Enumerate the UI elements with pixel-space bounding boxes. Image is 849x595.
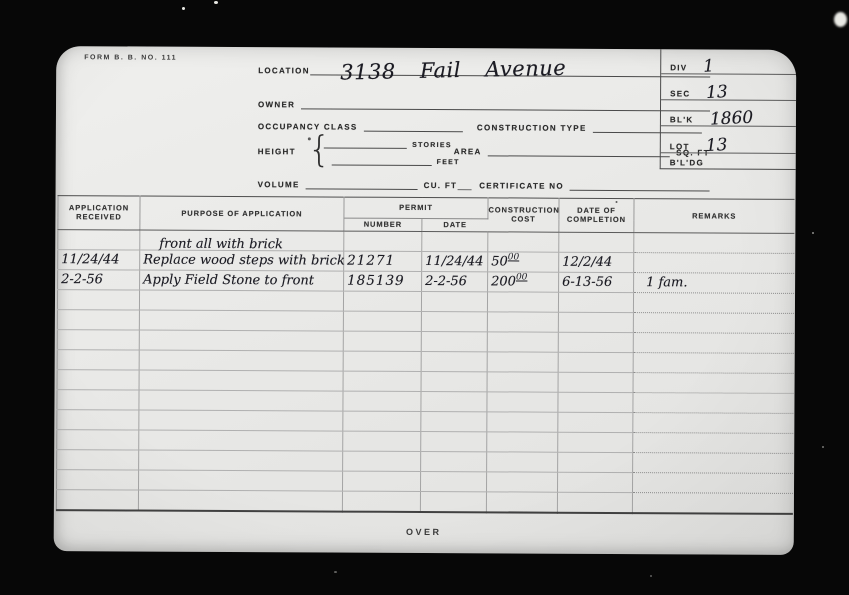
application-date-handwritten: 2-2-56: [61, 272, 103, 287]
permit-date-handwritten: 2-2-56: [425, 274, 467, 289]
table-cell: [139, 370, 343, 391]
div-label: DIV: [670, 63, 687, 72]
table-cell: [139, 330, 343, 351]
table-cell: [558, 312, 633, 332]
area-label: AREA: [454, 147, 482, 156]
remarks-handwritten: 1 fam.: [646, 275, 688, 290]
table-cell: 5000: [488, 252, 559, 272]
cuft-label: CU. FT: [424, 181, 458, 190]
col-application-received: APPLICATION RECEIVED: [58, 196, 140, 230]
parcel-info-box: DIV 1 SEC 13 BL'K 1860 LOT 13 B'L'DG: [660, 49, 797, 170]
table-cell: [557, 492, 632, 513]
col-permit-group: PERMIT: [344, 197, 488, 219]
stories-field: STORIES: [324, 137, 452, 149]
table-cell: [57, 349, 139, 369]
application-date-handwritten: 11/24/44: [61, 252, 119, 267]
table-cell: [634, 252, 794, 273]
col-date-of-completion: DATE OF COMPLETION: [559, 198, 634, 232]
table-cell: [343, 291, 421, 311]
table-cell: [558, 292, 633, 312]
table-cell: [139, 430, 343, 451]
table-cell: [343, 411, 421, 431]
volume-field: VOLUME CU. FT CERTIFICATE NO: [258, 175, 710, 191]
table-cell: [558, 332, 633, 352]
table-cell: [421, 371, 487, 391]
table-cell: [139, 410, 343, 431]
feet-underline: [332, 155, 432, 167]
table-cell: 11/24/44: [422, 251, 488, 271]
table-cell: [343, 331, 421, 351]
table-cell: [421, 331, 487, 351]
table-cell: [139, 310, 343, 331]
table-cell: [559, 232, 634, 252]
completion-date-handwritten: 12/2/44: [562, 255, 612, 270]
table-cell: [421, 451, 487, 471]
table-cell: [558, 412, 633, 432]
cost-cents-handwritten: 00: [516, 273, 528, 283]
table-cell: [57, 289, 139, 309]
location-underline: 3138 Fail Avenue: [310, 61, 710, 77]
permit-number-handwritten: 21271: [347, 253, 395, 269]
permit-date-handwritten: 11/24/44: [425, 254, 483, 269]
purpose-continuation-handwritten: front all with brick: [159, 237, 283, 253]
div-value-handwritten: 1: [703, 56, 715, 76]
col-construction-cost: CONSTRUCTION COST: [488, 198, 559, 232]
table-cell: [421, 391, 487, 411]
div-row: DIV 1: [661, 49, 796, 75]
purpose-handwritten: Replace wood steps with brick: [143, 253, 345, 269]
table-cell: [487, 452, 558, 472]
table-cell: [633, 372, 793, 393]
cost-handwritten: 200: [491, 275, 516, 290]
occupancy-underline: [364, 118, 463, 133]
lot-value-handwritten: 13: [705, 135, 728, 156]
table-cell: [634, 232, 794, 253]
scan-speck: [812, 232, 814, 234]
table-cell: [57, 389, 139, 409]
bldg-row: B'L'DG: [661, 153, 797, 180]
table-cell: [57, 369, 139, 389]
table-cell: [343, 311, 421, 331]
table-cell: 185139: [344, 271, 422, 291]
table-cell: [633, 412, 793, 433]
cost-cents-handwritten: 00: [508, 253, 520, 263]
table-header-row: APPLICATION RECEIVED PURPOSE OF APPLICAT…: [58, 196, 794, 221]
table-cell: [558, 352, 633, 372]
table-cell: [421, 311, 487, 331]
table-cell: [57, 429, 139, 449]
table-cell: Apply Field Stone to front: [140, 270, 344, 291]
table-cell: [139, 290, 343, 311]
table-row: front all with brick: [58, 229, 794, 253]
over-label: OVER: [54, 525, 794, 539]
table-cell: 20000: [488, 272, 559, 292]
sec-value-handwritten: 13: [706, 82, 729, 103]
table-cell: [420, 491, 486, 512]
table-cell: [633, 392, 793, 413]
table-cell: [343, 391, 421, 411]
table-cell: [633, 292, 793, 313]
col-permit-date: DATE: [422, 218, 488, 231]
table-cell: 2-2-56: [58, 269, 140, 289]
volume-underline: [306, 175, 418, 190]
cost-handwritten: 50: [491, 255, 508, 270]
ink-speck: [616, 201, 618, 203]
table-cell: [558, 472, 633, 492]
feet-field: FEET: [332, 155, 460, 167]
area-underline: [488, 142, 671, 157]
owner-underline: [301, 95, 710, 111]
table-cell: 11/24/44: [58, 249, 140, 269]
table-cell: [57, 409, 139, 429]
table-cell: [57, 469, 139, 489]
table-cell: [487, 472, 558, 492]
table-cell: [421, 471, 487, 491]
permit-number-handwritten: 185139: [347, 273, 405, 289]
table-cell: [558, 432, 633, 452]
table-cell: [487, 372, 558, 392]
height-label: HEIGHT: [258, 147, 296, 156]
construction-type-label: CONSTRUCTION TYPE: [477, 123, 587, 133]
table-cell: [632, 492, 792, 513]
table-cell: [633, 452, 793, 473]
table-cell: [633, 352, 793, 373]
table-cell: [486, 492, 557, 513]
feet-label: FEET: [437, 159, 460, 166]
blk-label: BL'K: [670, 115, 694, 124]
owner-field: OWNER: [258, 95, 710, 111]
certificate-label: CERTIFICATE NO: [479, 181, 564, 190]
table-cell: [343, 431, 421, 451]
table-cell: 21271: [344, 251, 422, 271]
table-cell: [558, 452, 633, 472]
table-cell: [343, 371, 421, 391]
scan-speck: [834, 12, 847, 27]
table-cell: [343, 351, 421, 371]
table-cell: [139, 470, 343, 491]
table-cell: [633, 472, 793, 493]
form-number: FORM B. B. NO. 111: [84, 54, 177, 61]
table-cell: [139, 350, 343, 371]
height-area-fields: HEIGHT { STORIES FEET AREA SQ. FT: [258, 137, 710, 177]
table-cell: front all with brick: [140, 230, 344, 251]
col-remarks: REMARKS: [634, 199, 794, 234]
table-cell: [57, 309, 139, 329]
table-cell: [343, 471, 421, 491]
bldg-label: B'L'DG: [670, 158, 704, 167]
location-field: LOCATION 3138 Fail Avenue: [258, 61, 710, 77]
certificate-gap-line: [457, 177, 471, 190]
brace-glyph: {: [308, 129, 331, 170]
table-cell: [139, 450, 343, 471]
scan-background: FORM B. B. NO. 111 LOCATION 3138 Fail Av…: [0, 0, 849, 595]
table-cell: [487, 292, 558, 312]
stories-underline: [324, 137, 407, 148]
table-cell: [421, 431, 487, 451]
location-label: LOCATION: [258, 66, 310, 75]
scan-speck: [650, 575, 652, 577]
lot-row: LOT 13: [661, 126, 797, 154]
table-cell: [139, 390, 343, 411]
table-cell: [487, 332, 558, 352]
lot-label: LOT: [670, 142, 690, 151]
ink-speck: [308, 137, 311, 140]
scan-speck: [214, 1, 218, 4]
table-cell: [138, 490, 342, 512]
scan-speck: [334, 571, 337, 573]
scan-speck: [822, 446, 824, 448]
table-cell: [558, 372, 633, 392]
table-cell: [487, 432, 558, 452]
blk-row: BL'K 1860: [661, 100, 796, 127]
sec-row: SEC 13: [661, 74, 796, 101]
table-cell: [58, 229, 140, 249]
table-cell: [57, 329, 139, 349]
location-value-handwritten: 3138 Fail Avenue: [340, 56, 566, 85]
sec-label: SEC: [670, 89, 690, 98]
table-cell: [343, 451, 421, 471]
table-cell: [633, 332, 793, 353]
purpose-handwritten: Apply Field Stone to front: [143, 273, 314, 289]
table-cell: [487, 312, 558, 332]
completion-date-handwritten: 6-13-56: [562, 275, 612, 290]
ink-speck: [716, 112, 718, 114]
table-cell: [487, 352, 558, 372]
volume-label: VOLUME: [258, 180, 300, 189]
table-cell: [56, 489, 138, 510]
table-cell: 2-2-56: [422, 271, 488, 291]
table-cell: [421, 351, 487, 371]
table-cell: [558, 392, 633, 412]
stories-label: STORIES: [412, 142, 452, 149]
table-cell: [342, 491, 420, 512]
col-permit-number: NUMBER: [344, 218, 422, 231]
table-cell: [633, 312, 793, 333]
table-cell: [487, 392, 558, 412]
table-row: [56, 489, 792, 513]
table-cell: 12/2/44: [559, 252, 634, 272]
table-cell: [422, 231, 488, 251]
permit-history-table: APPLICATION RECEIVED PURPOSE OF APPLICAT…: [56, 195, 794, 515]
table-cell: 6-13-56: [559, 272, 634, 292]
owner-label: OWNER: [258, 100, 295, 109]
table-cell: [57, 449, 139, 469]
col-purpose: PURPOSE OF APPLICATION: [140, 196, 344, 231]
table-cell: [487, 412, 558, 432]
scan-speck: [182, 7, 185, 10]
table-cell: 1 fam.: [634, 272, 794, 293]
table-cell: [421, 411, 487, 431]
table-cell: [488, 232, 559, 252]
table-cell: Replace wood steps with brick: [140, 250, 344, 271]
table-cell: [344, 231, 422, 251]
table-cell: [633, 432, 793, 453]
permit-record-card: FORM B. B. NO. 111 LOCATION 3138 Fail Av…: [54, 46, 797, 555]
table-cell: [421, 291, 487, 311]
